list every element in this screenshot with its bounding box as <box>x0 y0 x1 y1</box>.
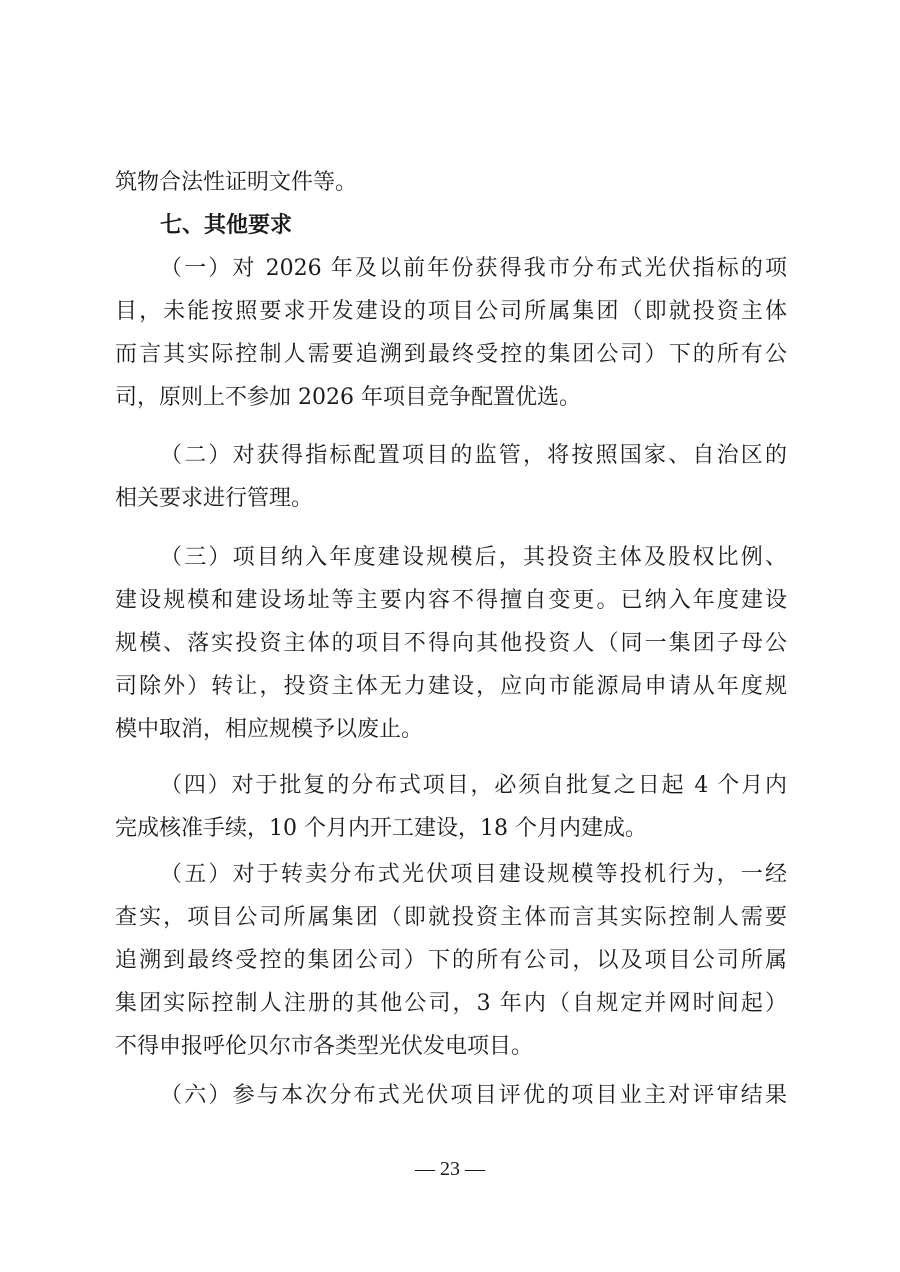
section-heading: 七、其他要求 <box>160 211 292 241</box>
page-number: — 23 — <box>0 1155 900 1183</box>
paragraph-line: 而言其实际控制人需要追溯到最终受控的集团公司）下的所有公 <box>115 340 787 370</box>
paragraph-line: （三）项目纳入年度建设规模后，其投资主体及股权比例、 <box>160 543 787 573</box>
paragraph-line: （四）对于批复的分布式项目，必须自批复之日起 4 个月内 <box>160 771 787 801</box>
paragraph-line: 不得申报呼伦贝尔市各类型光伏发电项目。 <box>115 1032 787 1062</box>
continuation-line: 筑物合法性证明文件等。 <box>115 168 787 198</box>
paragraph-line: 建设规模和建设场址等主要内容不得擅自变更。已纳入年度建设 <box>115 586 787 616</box>
paragraph-line: 司，原则上不参加 2026 年项目竞争配置优选。 <box>115 383 787 413</box>
paragraph-line: 追溯到最终受控的集团公司）下的所有公司，以及项目公司所属 <box>115 946 787 976</box>
paragraph-line: 相关要求进行管理。 <box>115 484 787 514</box>
paragraph-line: 模中取消，相应规模予以废止。 <box>115 715 787 745</box>
paragraph-line: 查实，项目公司所属集团（即就投资主体而言其实际控制人需要 <box>115 903 787 933</box>
paragraph-line: 规模、落实投资主体的项目不得向其他投资人（同一集团子母公 <box>115 629 787 659</box>
paragraph-line: （二）对获得指标配置项目的监管，将按照国家、自治区的 <box>160 441 787 471</box>
paragraph-line: （一）对 2026 年及以前年份获得我市分布式光伏指标的项 <box>160 254 787 284</box>
paragraph-line: 集团实际控制人注册的其他公司，3 年内（自规定并网时间起） <box>115 989 787 1019</box>
document-page: 筑物合法性证明文件等。 七、其他要求 （一）对 2026 年及以前年份获得我市分… <box>0 0 900 1272</box>
paragraph-line: 司除外）转让，投资主体无力建设，应向市能源局申请从年度规 <box>115 672 787 702</box>
paragraph-line: 目，未能按照要求开发建设的项目公司所属集团（即就投资主体 <box>115 297 787 327</box>
paragraph-line: 完成核准手续，10 个月内开工建设，18 个月内建成。 <box>115 814 787 844</box>
paragraph-line: （六）参与本次分布式光伏项目评优的项目业主对评审结果 <box>160 1081 787 1111</box>
paragraph-line: （五）对于转卖分布式光伏项目建设规模等投机行为，一经 <box>160 860 787 890</box>
